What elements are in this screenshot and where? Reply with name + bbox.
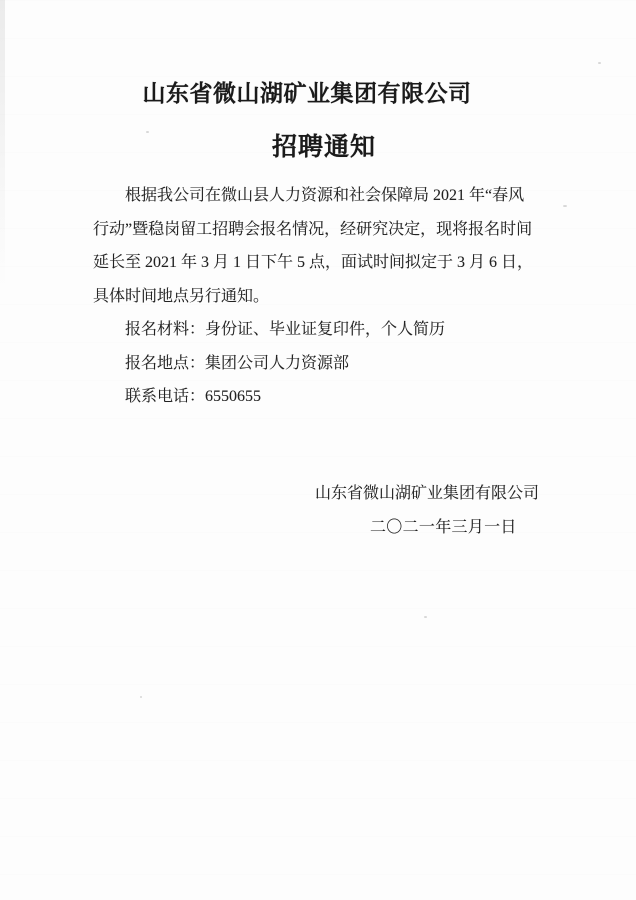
document-body: 根据我公司在微山县人力资源和社会保障局 2021 年“春风 行动”暨稳岗留工招聘… — [93, 179, 555, 414]
document-title: 山东省微山湖矿业集团有限公司 — [0, 75, 636, 108]
scanned-document-page: 山东省微山湖矿业集团有限公司 招聘通知 根据我公司在微山县人力资源和社会保障局 … — [0, 0, 636, 900]
scan-speck — [424, 616, 427, 618]
document-subtitle: 招聘通知 — [0, 127, 636, 163]
detail-line-location: 报名地点：集团公司人力资源部 — [93, 347, 555, 381]
signature-date: 二〇二一年三月一日 — [370, 518, 517, 538]
paragraph-line-4: 具体时间地点另行通知。 — [93, 280, 555, 314]
signature-company: 山东省微山湖矿业集团有限公司 — [315, 484, 539, 504]
scan-speck — [563, 205, 567, 207]
scan-speck — [598, 62, 601, 64]
paragraph-line-1: 根据我公司在微山县人力资源和社会保障局 2021 年“春风 — [93, 179, 555, 213]
paragraph-line-2: 行动”暨稳岗留工招聘会报名情况，经研究决定，现将报名时间 — [93, 213, 555, 247]
detail-line-materials: 报名材料：身份证、毕业证复印件，个人简历 — [93, 313, 555, 347]
scan-speck — [140, 696, 142, 698]
detail-line-phone: 联系电话：6550655 — [93, 380, 555, 414]
paragraph-line-3: 延长至 2021 年 3 月 1 日下午 5 点，面试时间拟定于 3 月 6 日… — [93, 246, 555, 280]
